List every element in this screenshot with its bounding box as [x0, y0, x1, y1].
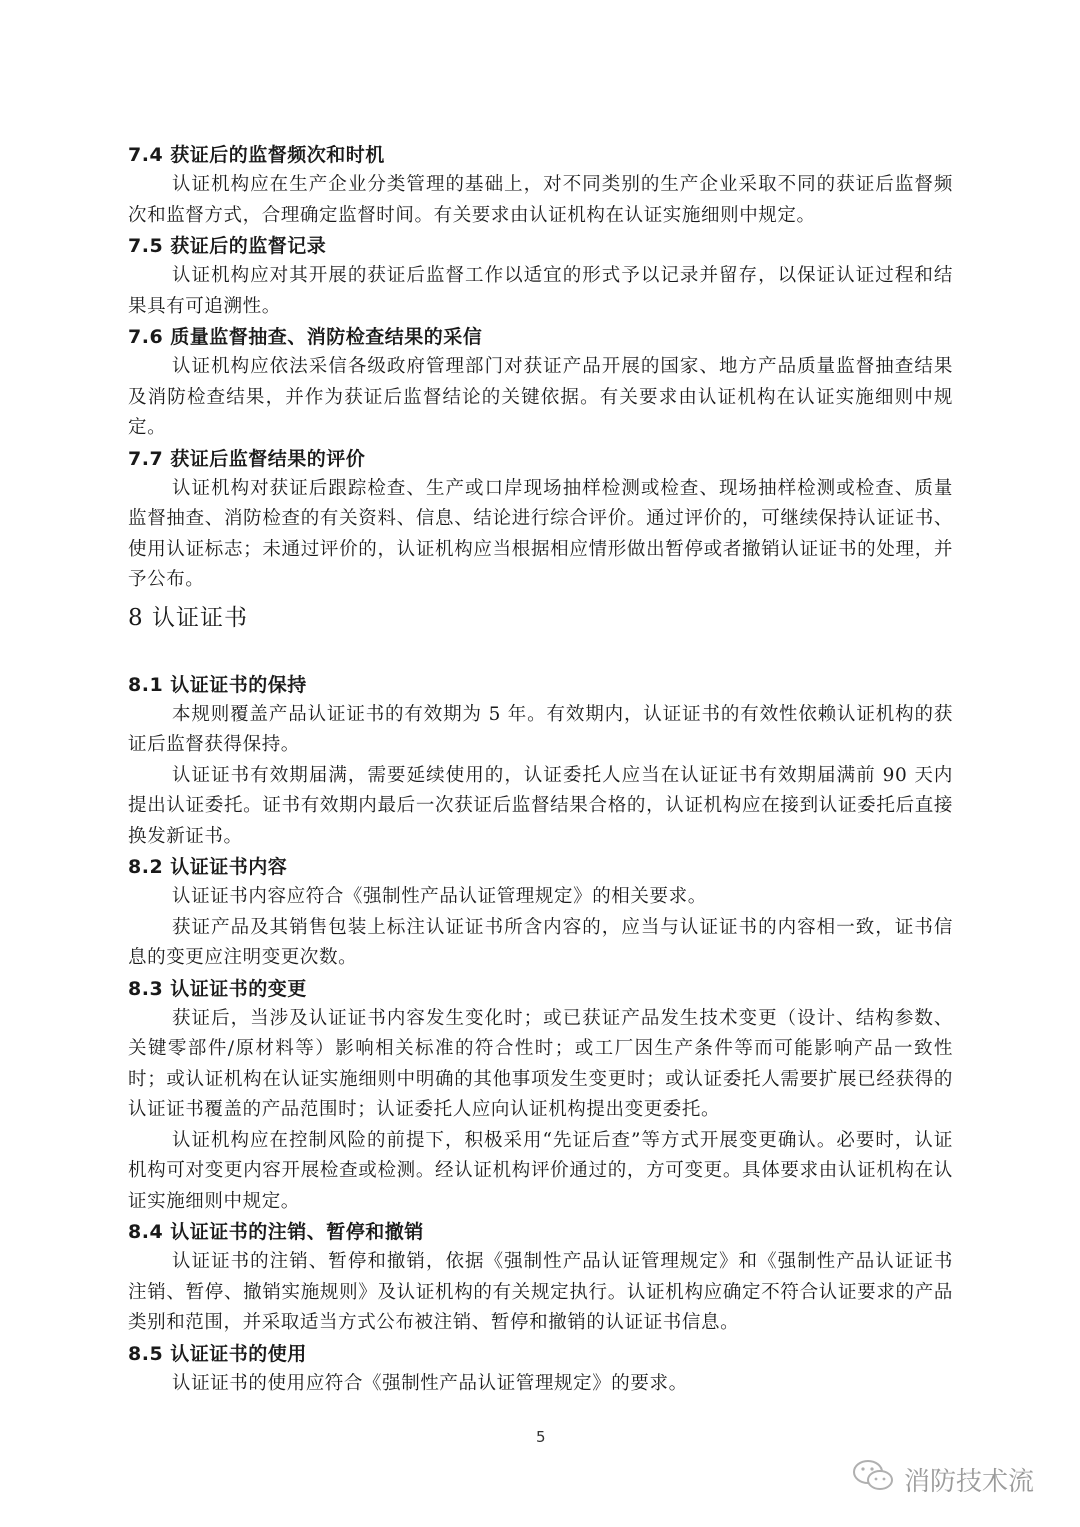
heading-7-4: 7.4 获证后的监督频次和时机 [128, 140, 953, 170]
paragraph: 认证证书内容应符合《强制性产品认证管理规定》的相关要求。 [128, 882, 953, 913]
paragraph: 获证后，当涉及认证证书内容发生变化时；或已获证产品发生技术变更（设计、结构参数、… [128, 1004, 953, 1126]
heading-8-4: 8.4 认证证书的注销、暂停和撤销 [128, 1217, 953, 1247]
chapter-heading-8: 8 认证证书 [128, 600, 953, 670]
paragraph: 认证证书有效期届满，需要延续使用的，认证委托人应当在认证证书有效期届满前 90 … [128, 761, 953, 853]
heading-8-2: 8.2 认证证书内容 [128, 852, 953, 882]
heading-8-1: 8.1 认证证书的保持 [128, 670, 953, 700]
paragraph: 认证机构应在控制风险的前提下，积极采用“先证后查”等方式开展变更确认。必要时，认… [128, 1126, 953, 1218]
page-number: 5 [536, 1428, 546, 1446]
document-page: 7.4 获证后的监督频次和时机 认证机构应在生产企业分类管理的基础上，对不同类别… [128, 140, 953, 1399]
paragraph: 认证证书的使用应符合《强制性产品认证管理规定》的要求。 [128, 1369, 953, 1400]
paragraph: 获证产品及其销售包装上标注认证证书所含内容的，应当与认证证书的内容相一致，证书信… [128, 913, 953, 974]
wechat-icon [852, 1458, 904, 1501]
paragraph: 本规则覆盖产品认证证书的有效期为 5 年。有效期内，认证证书的有效性依赖认证机构… [128, 700, 953, 761]
watermark: 消防技术流 [852, 1458, 1034, 1501]
paragraph: 认证机构对获证后跟踪检查、生产或口岸现场抽样检测或检查、现场抽样检测或检查、质量… [128, 474, 953, 596]
heading-7-7: 7.7 获证后监督结果的评价 [128, 444, 953, 474]
paragraph: 认证机构应依法采信各级政府管理部门对获证产品开展的国家、地方产品质量监督抽查结果… [128, 352, 953, 444]
watermark-text: 消防技术流 [904, 1461, 1034, 1498]
heading-7-6: 7.6 质量监督抽查、消防检查结果的采信 [128, 322, 953, 352]
paragraph: 认证机构应在生产企业分类管理的基础上，对不同类别的生产企业采取不同的获证后监督频… [128, 170, 953, 231]
paragraph: 认证机构应对其开展的获证后监督工作以适宜的形式予以记录并留存，以保证认证过程和结… [128, 261, 953, 322]
heading-7-5: 7.5 获证后的监督记录 [128, 231, 953, 261]
paragraph: 认证证书的注销、暂停和撤销，依据《强制性产品认证管理规定》和《强制性产品认证证书… [128, 1247, 953, 1339]
heading-8-5: 8.5 认证证书的使用 [128, 1339, 953, 1369]
heading-8-3: 8.3 认证证书的变更 [128, 974, 953, 1004]
